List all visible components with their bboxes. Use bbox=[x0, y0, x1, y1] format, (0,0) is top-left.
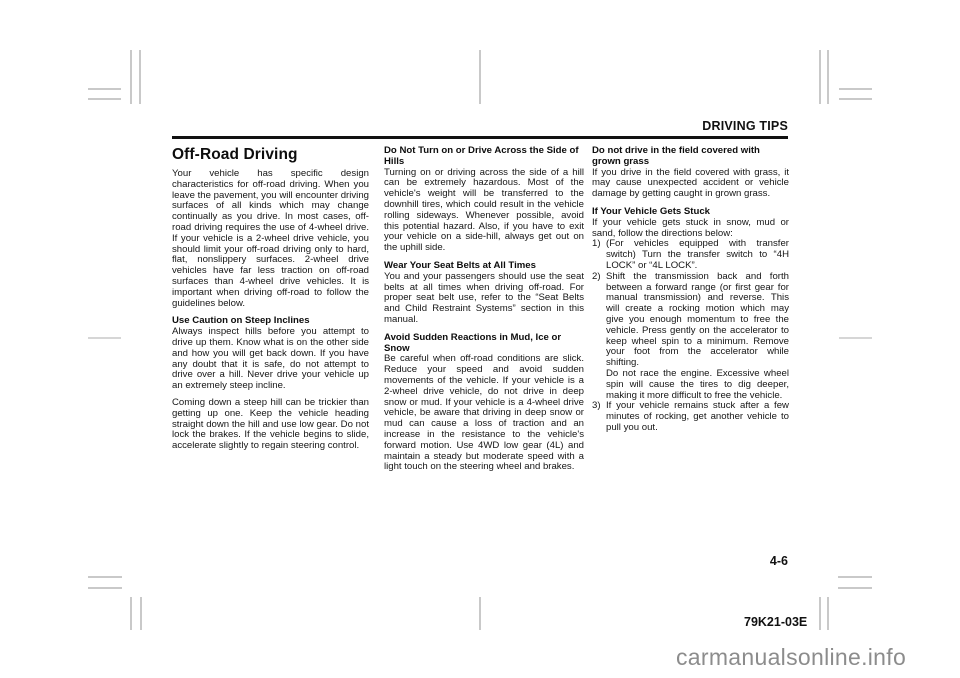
list-item-number: 1) bbox=[592, 239, 601, 250]
paragraph: You and your passengers should use the s… bbox=[384, 272, 584, 326]
crop-mark bbox=[140, 597, 142, 630]
paragraph: Turning on or driving across the side of… bbox=[384, 168, 584, 254]
fold-mark bbox=[88, 337, 121, 339]
crop-mark bbox=[819, 50, 821, 104]
crop-mark bbox=[88, 587, 122, 589]
crop-mark bbox=[839, 88, 872, 90]
paragraph: Your vehicle has specific design charact… bbox=[172, 169, 369, 309]
paragraph: If you drive in the field covered with g… bbox=[592, 168, 789, 200]
list-item: 2) Shift the transmission back and forth… bbox=[592, 272, 789, 369]
crop-mark bbox=[827, 50, 829, 104]
list-item-text: (For vehicles equipped with transfer swi… bbox=[606, 238, 789, 271]
page-number: 4-6 bbox=[172, 554, 788, 568]
running-header: DRIVING TIPS bbox=[172, 119, 788, 133]
paragraph: Coming down a steep hill can be trickier… bbox=[172, 398, 369, 452]
crop-mark bbox=[827, 597, 829, 630]
subheading: Do Not Turn on or Drive Across the Side … bbox=[384, 146, 584, 168]
header-rule bbox=[172, 136, 788, 139]
crop-mark bbox=[139, 50, 141, 104]
crop-mark bbox=[479, 597, 481, 630]
watermark: carmanualsonline.info bbox=[676, 644, 906, 671]
fold-mark bbox=[839, 337, 872, 339]
crop-mark bbox=[838, 576, 872, 578]
column-1: Off-Road Driving Your vehicle has specif… bbox=[172, 146, 369, 452]
document-code: 79K21-03E bbox=[744, 615, 807, 629]
crop-mark bbox=[839, 98, 872, 100]
crop-mark bbox=[130, 50, 132, 104]
list-item: 1) (For vehicles equipped with transfer … bbox=[592, 239, 789, 271]
list-item: 3) If your vehicle remains stuck after a… bbox=[592, 401, 789, 433]
column-2: Do Not Turn on or Drive Across the Side … bbox=[384, 146, 584, 473]
crop-mark bbox=[479, 50, 481, 104]
crop-mark bbox=[88, 576, 122, 578]
paragraph: Be careful when off-road conditions are … bbox=[384, 354, 584, 473]
subheading: Avoid Sudden Reactions in Mud, Ice or Sn… bbox=[384, 333, 584, 355]
subheading: Do not drive in the field covered with g… bbox=[592, 146, 789, 168]
crop-mark bbox=[838, 587, 872, 589]
list-item-number: 2) bbox=[592, 272, 601, 283]
crop-mark bbox=[88, 88, 121, 90]
crop-mark bbox=[130, 597, 132, 630]
manual-page: { "header": { "title": "DRIVING TIPS" },… bbox=[0, 0, 960, 678]
paragraph: If your vehicle gets stuck in snow, mud … bbox=[592, 218, 789, 240]
crop-mark bbox=[819, 597, 821, 630]
section-title: Off-Road Driving bbox=[172, 146, 369, 163]
list-item-text: Shift the transmission back and forth be… bbox=[606, 271, 789, 368]
list-item-text: If your vehicle remains stuck after a fe… bbox=[606, 400, 789, 433]
list-item-continuation: Do not race the engine. Excessive wheel … bbox=[592, 369, 789, 401]
crop-mark bbox=[88, 98, 121, 100]
list-item-text: Do not race the engine. Excessive wheel … bbox=[606, 368, 789, 401]
paragraph: Always inspect hills before you attempt … bbox=[172, 327, 369, 392]
list-item-number: 3) bbox=[592, 401, 601, 412]
column-3: Do not drive in the field covered with g… bbox=[592, 146, 789, 434]
